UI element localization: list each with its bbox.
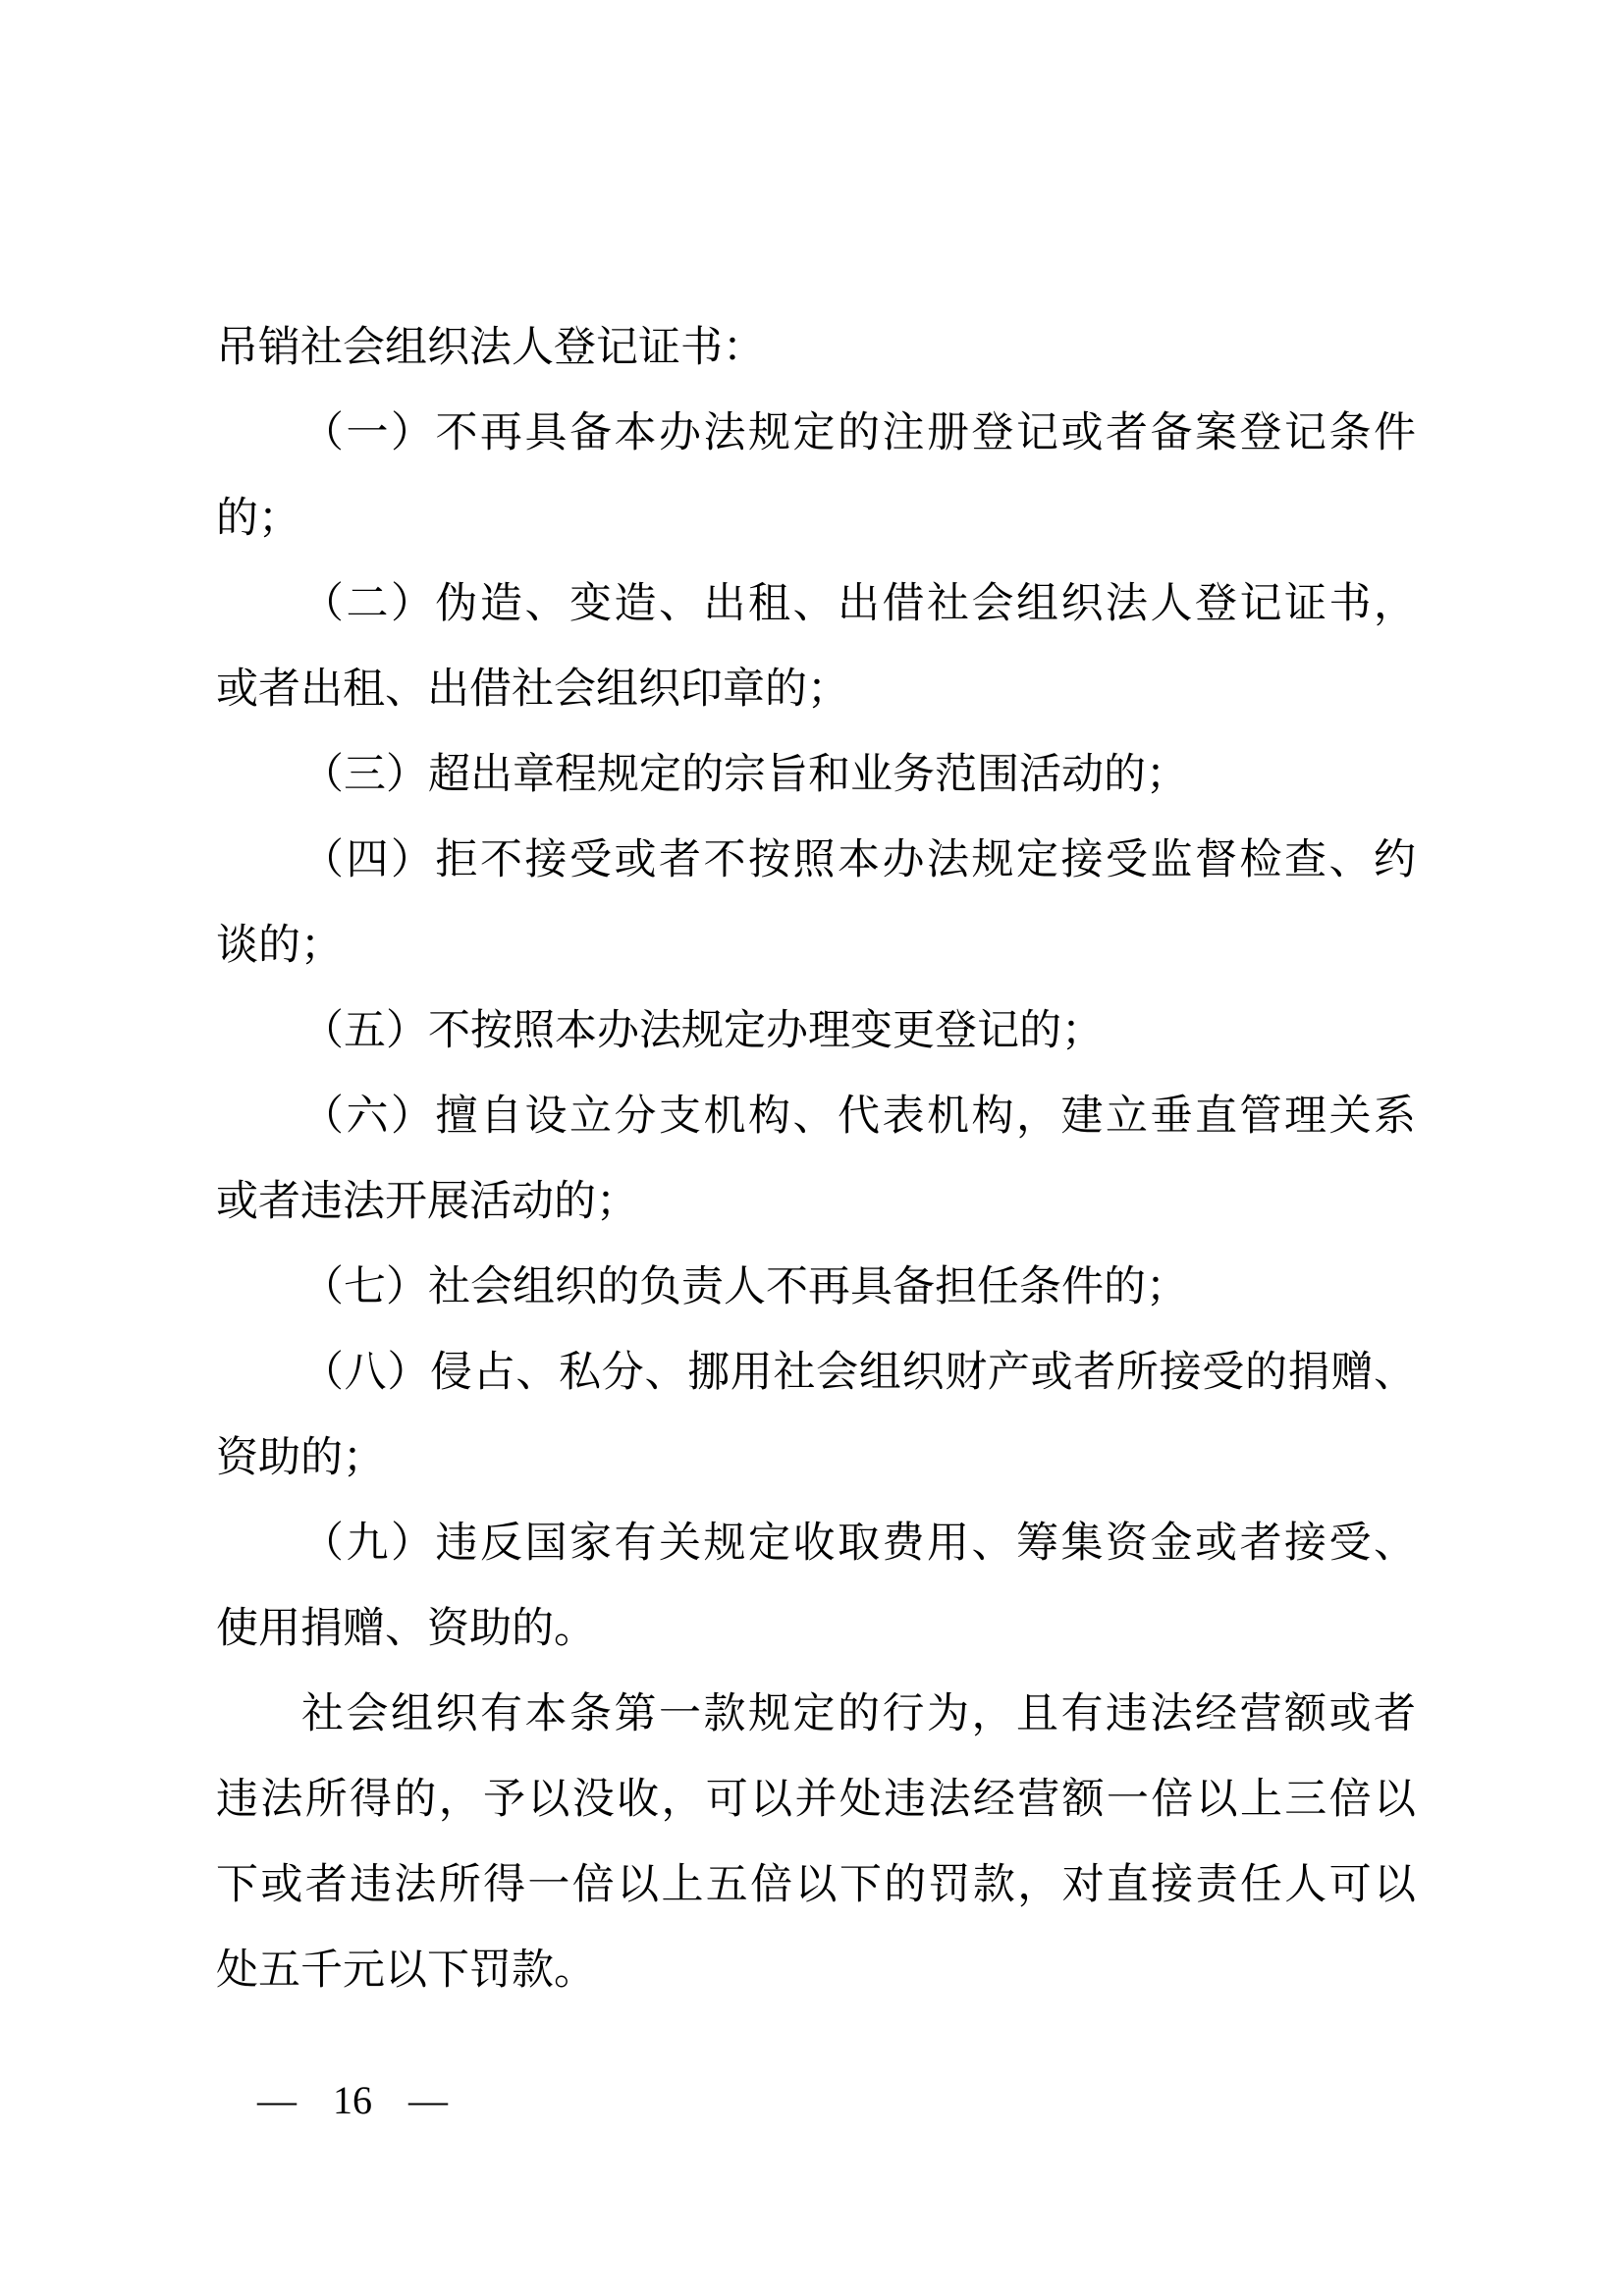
text-line: （三）超出章程规定的宗旨和业务范围活动的； [216,732,1416,818]
text-line: 谈的； [216,903,1416,988]
text-line: （七）社会组织的负责人不再具备担任条件的； [216,1245,1416,1330]
text-line: （八）侵占、私分、挪用社会组织财产或者所接受的捐赠、 [216,1330,1416,1415]
document-body: 吊销社会组织法人登记证书：（一）不再具备本办法规定的注册登记或者备案登记条件的；… [216,305,1416,2013]
text-line: 或者出租、出借社会组织印章的； [216,647,1416,732]
footer-dash-left: — [257,2073,297,2128]
text-line: （一）不再具备本办法规定的注册登记或者备案登记条件 [216,391,1416,476]
text-line: （六）擅自设立分支机构、代表机构，建立垂直管理关系 [216,1074,1416,1159]
text-line: 或者违法开展活动的； [216,1159,1416,1245]
text-line: （九）违反国家有关规定收取费用、筹集资金或者接受、 [216,1501,1416,1586]
text-line: 下或者违法所得一倍以上五倍以下的罚款，对直接责任人可以 [216,1842,1416,1928]
text-line: （五）不按照本办法规定办理变更登记的； [216,988,1416,1074]
document-page: 吊销社会组织法人登记证书：（一）不再具备本办法规定的注册登记或者备案登记条件的；… [0,0,1624,2296]
text-line: 违法所得的，予以没收，可以并处违法经营额一倍以上三倍以 [216,1757,1416,1842]
text-line: 使用捐赠、资助的。 [216,1586,1416,1672]
page-number: 16 [333,2073,372,2128]
text-line: 处五千元以下罚款。 [216,1928,1416,2013]
text-line: 吊销社会组织法人登记证书： [216,305,1416,391]
text-line: （四）拒不接受或者不按照本办法规定接受监督检查、约 [216,818,1416,903]
footer-dash-right: — [408,2073,448,2128]
text-line: （二）伪造、变造、出租、出借社会组织法人登记证书， [216,561,1416,647]
text-line: 的； [216,476,1416,561]
text-line: 社会组织有本条第一款规定的行为，且有违法经营额或者 [216,1672,1416,1757]
page-footer: — 16 — [257,2073,448,2128]
text-line: 资助的； [216,1415,1416,1501]
